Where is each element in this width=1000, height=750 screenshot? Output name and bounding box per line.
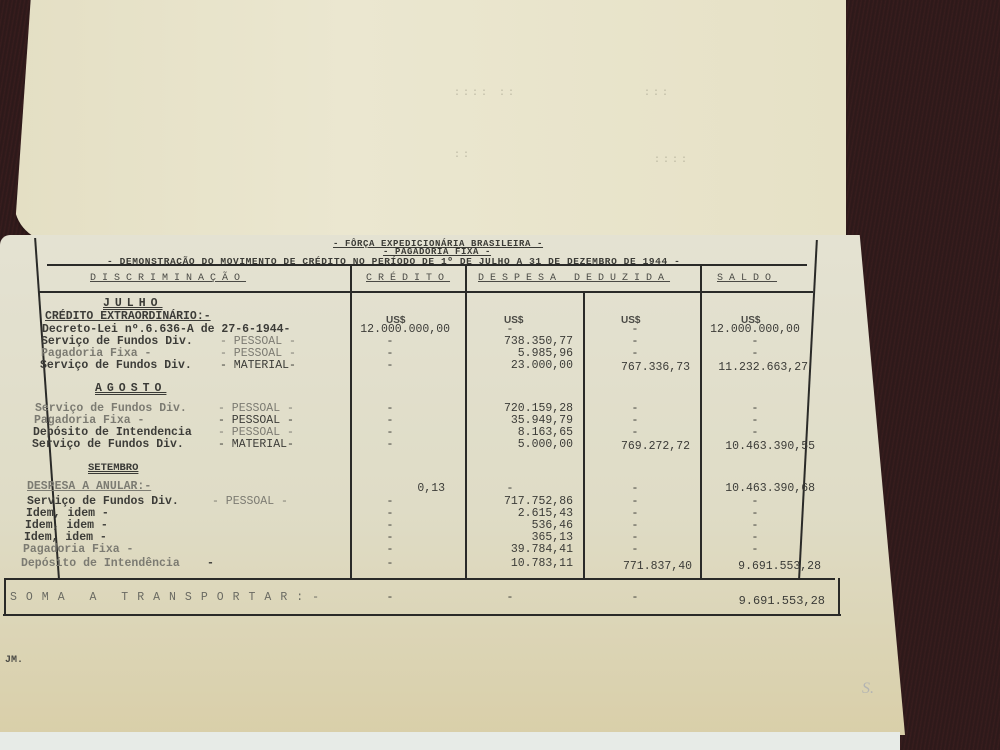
rule (47, 264, 807, 266)
col-header-description: DISCRIMINAÇÃO (90, 273, 246, 284)
row-type: - MATERIAL- (220, 359, 296, 372)
row-expense: 5.000,00 (470, 438, 573, 451)
total-deducted: - (615, 591, 655, 604)
rule (583, 292, 585, 578)
row-deducted: 769.272,72 (590, 440, 690, 453)
section-subheading: DESPESA A ANULAR:- (27, 480, 151, 493)
row-credit: - (360, 543, 420, 556)
col-header-credit: CRÉDITO (366, 273, 450, 284)
pencil-mark: S. (862, 680, 874, 698)
row-balance: - (705, 426, 805, 439)
row-balance: 10.463.390,68 (705, 482, 815, 495)
rule (838, 578, 840, 616)
bleed-through-marks: :::: :: (454, 88, 517, 99)
total-credit: - (360, 591, 420, 604)
row-balance: - (705, 347, 805, 360)
row-deducted: 771.837,40 (580, 560, 692, 573)
row-expense: - (490, 482, 530, 495)
rule (5, 578, 835, 580)
typist-initials: JM. (5, 655, 23, 666)
section-subheading: CRÉDITO EXTRAORDINÁRIO:- (45, 310, 211, 323)
row-credit: - (360, 438, 420, 451)
row-label: Serviço de Fundos Div. (40, 359, 192, 372)
row-balance: 11.232.663,27 (705, 361, 808, 374)
row-label: Pagadoria Fixa - (23, 543, 133, 556)
row-credit: 0,13 (380, 482, 445, 495)
row-type: - PESSOAL - (212, 495, 288, 508)
rule (465, 264, 467, 578)
total-label: SOMA A TRANSPORTAR:- (10, 591, 328, 604)
row-balance: 9.691.553,28 (705, 560, 821, 573)
row-deducted: - (590, 347, 680, 360)
month-heading-agosto: AGOSTO (95, 382, 166, 395)
upper-blank-page: :::: :: ::: :: :::: (14, 0, 846, 242)
rule (700, 264, 702, 578)
rule (3, 614, 841, 616)
row-label: Depósito de Intendência (21, 557, 180, 570)
total-expense: - (490, 591, 530, 604)
row-type: - MATERIAL- (218, 438, 294, 451)
bleed-through-marks: ::: (644, 88, 671, 99)
row-type: - (207, 557, 214, 570)
page-edge (0, 732, 900, 750)
col-header-balance: SALDO (717, 273, 777, 284)
month-heading-setembro: SETEMBRO (88, 462, 138, 474)
row-deducted: 767.336,73 (590, 361, 690, 374)
row-label: Serviço de Fundos Div. (32, 438, 184, 451)
row-expense: 23.000,00 (470, 359, 573, 372)
rule (38, 291, 813, 293)
row-balance: - (705, 543, 805, 556)
bleed-through-marks: :::: (654, 155, 690, 166)
row-expense: 10.783,11 (470, 557, 573, 570)
total-balance: 9.691.553,28 (705, 594, 825, 608)
col-header-expense: DESPESA DEDUZIDA (478, 273, 670, 284)
row-balance: 10.463.390,55 (705, 440, 815, 453)
rule (4, 578, 6, 616)
row-credit: - (360, 359, 420, 372)
row-deducted: - (590, 543, 680, 556)
row-deducted: - (590, 426, 680, 439)
row-credit: - (360, 557, 420, 570)
bleed-through-marks: :: (454, 150, 472, 161)
month-heading-julho: JULHO (103, 297, 163, 310)
rule (350, 264, 352, 578)
row-expense: 39.784,41 (470, 543, 573, 556)
row-deducted: - (590, 482, 680, 495)
